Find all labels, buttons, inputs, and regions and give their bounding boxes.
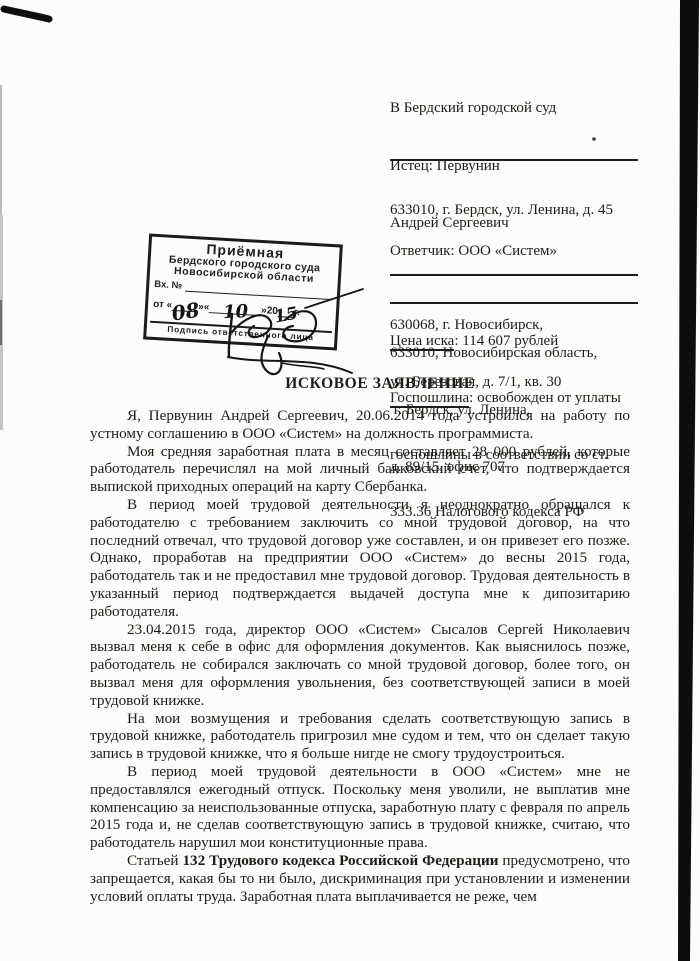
- paragraph: В период моей трудовой деятельности в ОО…: [90, 763, 630, 852]
- handwritten-year: 15: [273, 305, 298, 321]
- date-day-blank: 08: [172, 298, 199, 312]
- bold-text-run: 132 Трудового кодекса Российской Федерац…: [182, 852, 498, 869]
- date-month-blank: 10: [209, 300, 262, 316]
- paragraph: Моя средняя заработная плата в месяц сос…: [90, 443, 630, 496]
- claim-price-line: Цена иска: 114 607 рублей: [390, 332, 638, 351]
- top-left-ink-stroke: [4, 9, 49, 19]
- court-intake-stamp: Приёмная Бердского городского суда Новос…: [143, 234, 343, 351]
- handwritten-month: 10: [222, 303, 248, 316]
- left-edge-shadow: [0, 85, 2, 215]
- text-run: В период моей трудовой деятельности в ОО…: [90, 763, 630, 851]
- court-name: В Бердский городской суд: [390, 99, 638, 118]
- text-run: В период моей трудовой деятельности я не…: [90, 496, 630, 620]
- paragraph: В период моей трудовой деятельности я не…: [90, 496, 630, 621]
- stamp-date-row: от «08»«10»2015г.: [153, 297, 333, 320]
- paragraph: Статьей 132 Трудового кодекса Российской…: [90, 852, 630, 905]
- paragraph: Я, Первунин Андрей Сергеевич, 20.06.2014…: [90, 407, 630, 443]
- right-edge-scan-bar: [678, 0, 699, 961]
- claim-body: Я, Первунин Андрей Сергеевич, 20.06.2014…: [90, 407, 630, 905]
- defendant-label: Ответчик: ООО «Систем»: [390, 242, 638, 261]
- claim-price-label: Цена иска: [390, 333, 454, 351]
- paragraph: 23.04.2015 года, директор ООО «Систем» С…: [90, 621, 630, 710]
- document-title: ИСКОВОЕ ЗАЯВЛЕНИЕ: [85, 375, 635, 393]
- paragraph: На мои возмущения и требования сделать с…: [90, 710, 630, 763]
- handwritten-day: 08: [170, 300, 199, 316]
- scanned-court-claim-page: { "court_block": { "line1": "В Бердский …: [0, 0, 700, 961]
- left-edge-shadow: [0, 215, 3, 430]
- left-edge-shadow: [0, 300, 2, 345]
- inbox-number-label: Вх. №: [154, 279, 182, 292]
- text-run: Моя средняя заработная плата в месяц сос…: [90, 443, 630, 496]
- text-run: Статьей: [127, 852, 182, 869]
- plaintiff-label: Истец: Первунин: [390, 157, 638, 176]
- text-run: На мои возмущения и требования сделать с…: [90, 710, 630, 763]
- date-year-blank: 15: [278, 304, 295, 318]
- text-run: Я, Первунин Андрей Сергеевич, 20.06.2014…: [90, 407, 630, 442]
- text-run: 23.04.2015 года, директор ООО «Систем» С…: [90, 621, 630, 709]
- claim-price-value: : 114 607 рублей: [454, 333, 558, 349]
